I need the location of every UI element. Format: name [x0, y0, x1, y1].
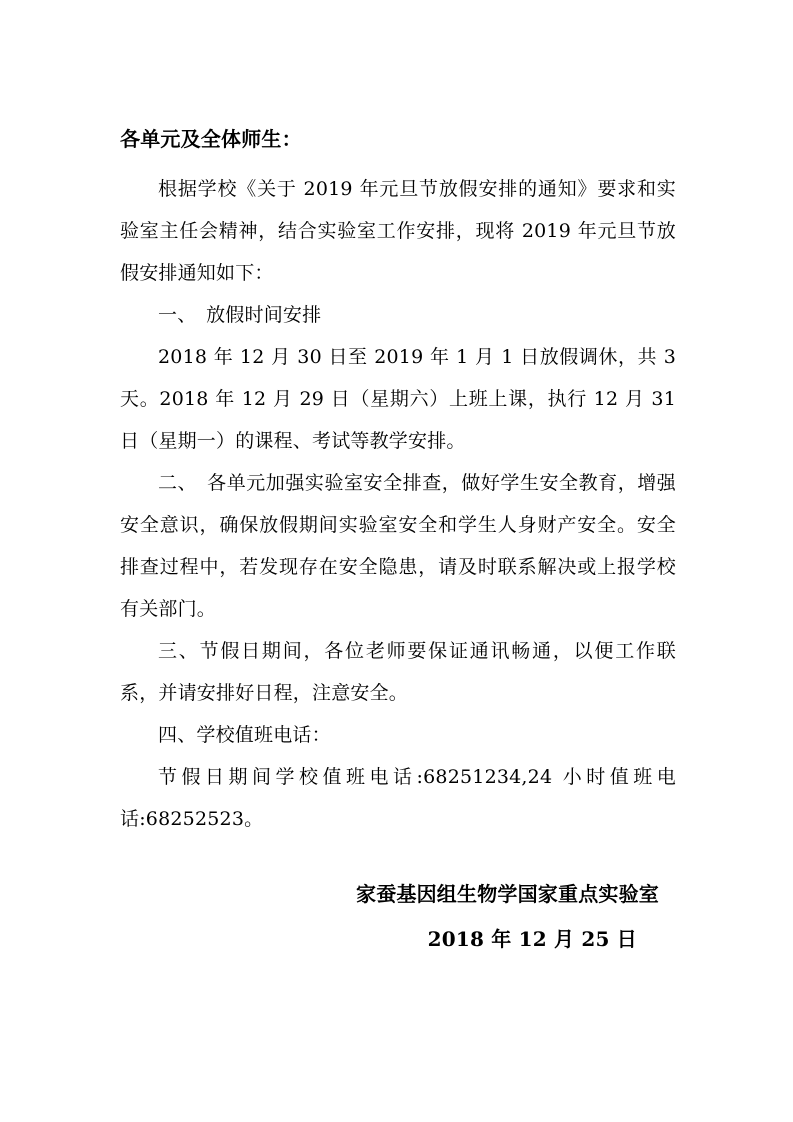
signature-date: 2018 年 12 月 25 日: [120, 917, 676, 962]
section-2-paragraph: 二、 各单元加强实验室安全排查，做好学生安全教育，增强安全意识，确保放假期间实验…: [120, 462, 676, 630]
section-3-paragraph: 三、节假日期间，各位老师要保证通讯畅通，以便工作联系，并请安排好日程，注意安全。: [120, 630, 676, 714]
signature-organization: 家蚕基因组生物学国家重点实验室: [120, 872, 676, 917]
section-4-heading: 四、学校值班电话：: [120, 714, 676, 756]
notice-body: 各单元及全体师生： 根据学校《关于 2019 年元旦节放假安排的通知》要求和实验…: [120, 118, 676, 962]
document-page: 各单元及全体师生： 根据学校《关于 2019 年元旦节放假安排的通知》要求和实验…: [0, 0, 793, 1122]
salutation: 各单元及全体师生：: [120, 118, 676, 160]
duty-phone-paragraph: 节假日期间学校值班电话:68251234,24 小时值班电话:68252523。: [120, 756, 676, 840]
intro-paragraph: 根据学校《关于 2019 年元旦节放假安排的通知》要求和实验室主任会精神，结合实…: [120, 168, 676, 294]
section-1-heading: 一、 放假时间安排: [120, 294, 676, 336]
section-1-paragraph: 2018 年 12 月 30 日至 2019 年 1 月 1 日放假调休，共 3…: [120, 336, 676, 462]
signature-block: 家蚕基因组生物学国家重点实验室 2018 年 12 月 25 日: [120, 872, 676, 962]
